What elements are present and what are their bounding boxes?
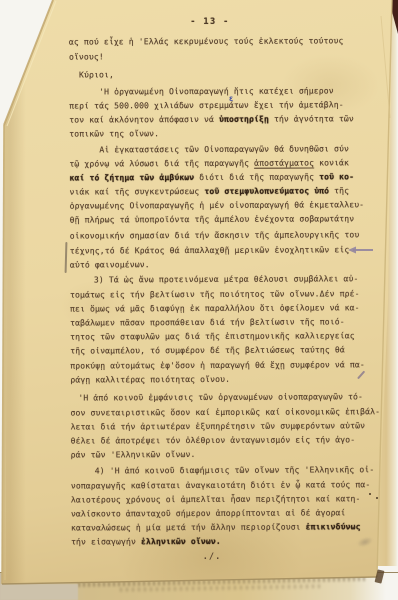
text-line: προκύψῃ αὐτομάτως ἐφ'ὅσον ἡ παραγωγή θά … [70, 359, 365, 370]
text-line: 4) 'Η ἀπό κοινοῦ διαφήμισις τῶν οἴνων τῆ… [95, 464, 375, 475]
text-line: 3) Τά ὡς ἄνω προτεινόμενα μέτρα θέλουσι … [94, 273, 359, 284]
text-line: καταναλώσεως ἡ μία μετά τήν ἄλλην περιορ… [71, 521, 361, 532]
text-line: οἴνους! [69, 51, 104, 61]
text-line: περί τάς 500.000 χιλιάδων στρεμμάτων ἔχε… [69, 99, 344, 110]
text-block: ας πού εἶχε ἡ 'Ελλάς κεκρυμένους τούς ἐκ… [0, 0, 398, 600]
text-line: νοπαραγωγῆς καθίσταται ἀναγκαιοτάτη διότ… [71, 479, 371, 490]
text-line: ράγῃ καλλιτέρας ποιότητας οἴνου. [70, 374, 230, 385]
text-line: λαιοτέρους χρόνους οἱ ἀμπελῖται ἦσαν περ… [71, 493, 361, 504]
text-line: τον καί ἀκλόνητον ἀπόφασιν νά ὑποστηρίξῃ… [69, 113, 354, 124]
text-line: τομάτως εἰς τήν βελτίωσιν τῆς ποιότητος … [70, 288, 360, 299]
margin-ink-dots [368, 492, 382, 502]
continuation-mark: ./. [192, 552, 232, 562]
text-line: τοπικῶν της οἴνων. [69, 128, 159, 138]
text-line: νιάκ καί τῆς συγκεντρώσεως τοῦ στεμφυλοπ… [70, 185, 350, 196]
text-line: θέλει δέ ἀποτρέψει τόν ὀλέθριον ἀνταγωνι… [71, 434, 356, 445]
text-line: τῆς οἰναμπέλου, τό συμφέρον δέ τῆς βελτι… [70, 344, 345, 355]
text-line: Κύριοι, [79, 69, 114, 79]
margin-arrow-annotation [347, 241, 375, 253]
text-line: ναλίσκοντο ἁπανταχοῦ σήμερον ἀπορρίπτοντ… [71, 507, 346, 518]
handwritten-insertion-letter: ε [229, 94, 233, 103]
text-line: Αἱ ἐγκαταστάσεις τῶν Οἰνοπαραγωγῶν θά δυ… [99, 143, 349, 154]
text-line: σον συνεταιριστικῶς ὅσον καί ἐμπορικῶς κ… [70, 406, 380, 417]
text-line: ὀργανωμένης Οἰνοπαραγωγῆς ἡ μέν οἰνοπαρα… [70, 199, 365, 210]
text-line: 'Η ὀργανωμένη Οἰνοπαραγωγή ἥτις κατέχει … [99, 85, 334, 96]
text-line: ταβάλωμεν πᾶσαν προσπάθειαν διά τήν βελτ… [70, 316, 345, 327]
text-line: καί τό ζήτημα τῶν ἀμβύκων διότι διά τῆς … [69, 171, 354, 182]
left-arrow-icon [347, 244, 375, 256]
text-line: τέχνης,τό δέ Κράτος θά ἀπαλλαχθῇ μερικῶν… [70, 244, 350, 255]
text-line: τῷ χρόνῳ νά λύσωσι διά τῆς παραγωγῆς ἀπο… [69, 157, 349, 168]
text-line: οἰκονομικήν σημασίαν διά τήν ἄσκησιν τῆς… [70, 229, 360, 240]
text-line: 'Η ἀπό κοινοῦ ἐμφάνισις τῶν ὀργανωμένων … [78, 391, 363, 402]
text-line: τήν εἰσαγωγήν ἑλληνικῶν οἴνων. [71, 536, 221, 547]
text-line: ράν τῶν 'Ελληνικῶν οἴνων. [71, 449, 196, 460]
text-line: θῇ πλήρως τά ὑποπροϊόντα τῆς ἀμπέλου ἐνέ… [70, 213, 355, 224]
text-line: πει ὅμως νά μᾶς διαφύγῃ ἐκ παραλλήλου ὅτ… [70, 302, 360, 313]
text-line: λεται διά τήν ἀρτιωτέραν ἐξυπηρέτησιν τῶ… [71, 420, 366, 431]
text-line: τητος τῶν σταφυλῶν μας διά τῆς ἐπιστημον… [70, 330, 355, 341]
scanned-document-page: - 13 - ας πού εἶχε ἡ 'Ελλάς κεκρυμένους … [0, 0, 398, 600]
text-line: ας πού εἶχε ἡ 'Ελλάς κεκρυμένους τούς ἐκ… [69, 35, 344, 46]
text-line: αὐτό φαινομένων. [70, 259, 150, 269]
